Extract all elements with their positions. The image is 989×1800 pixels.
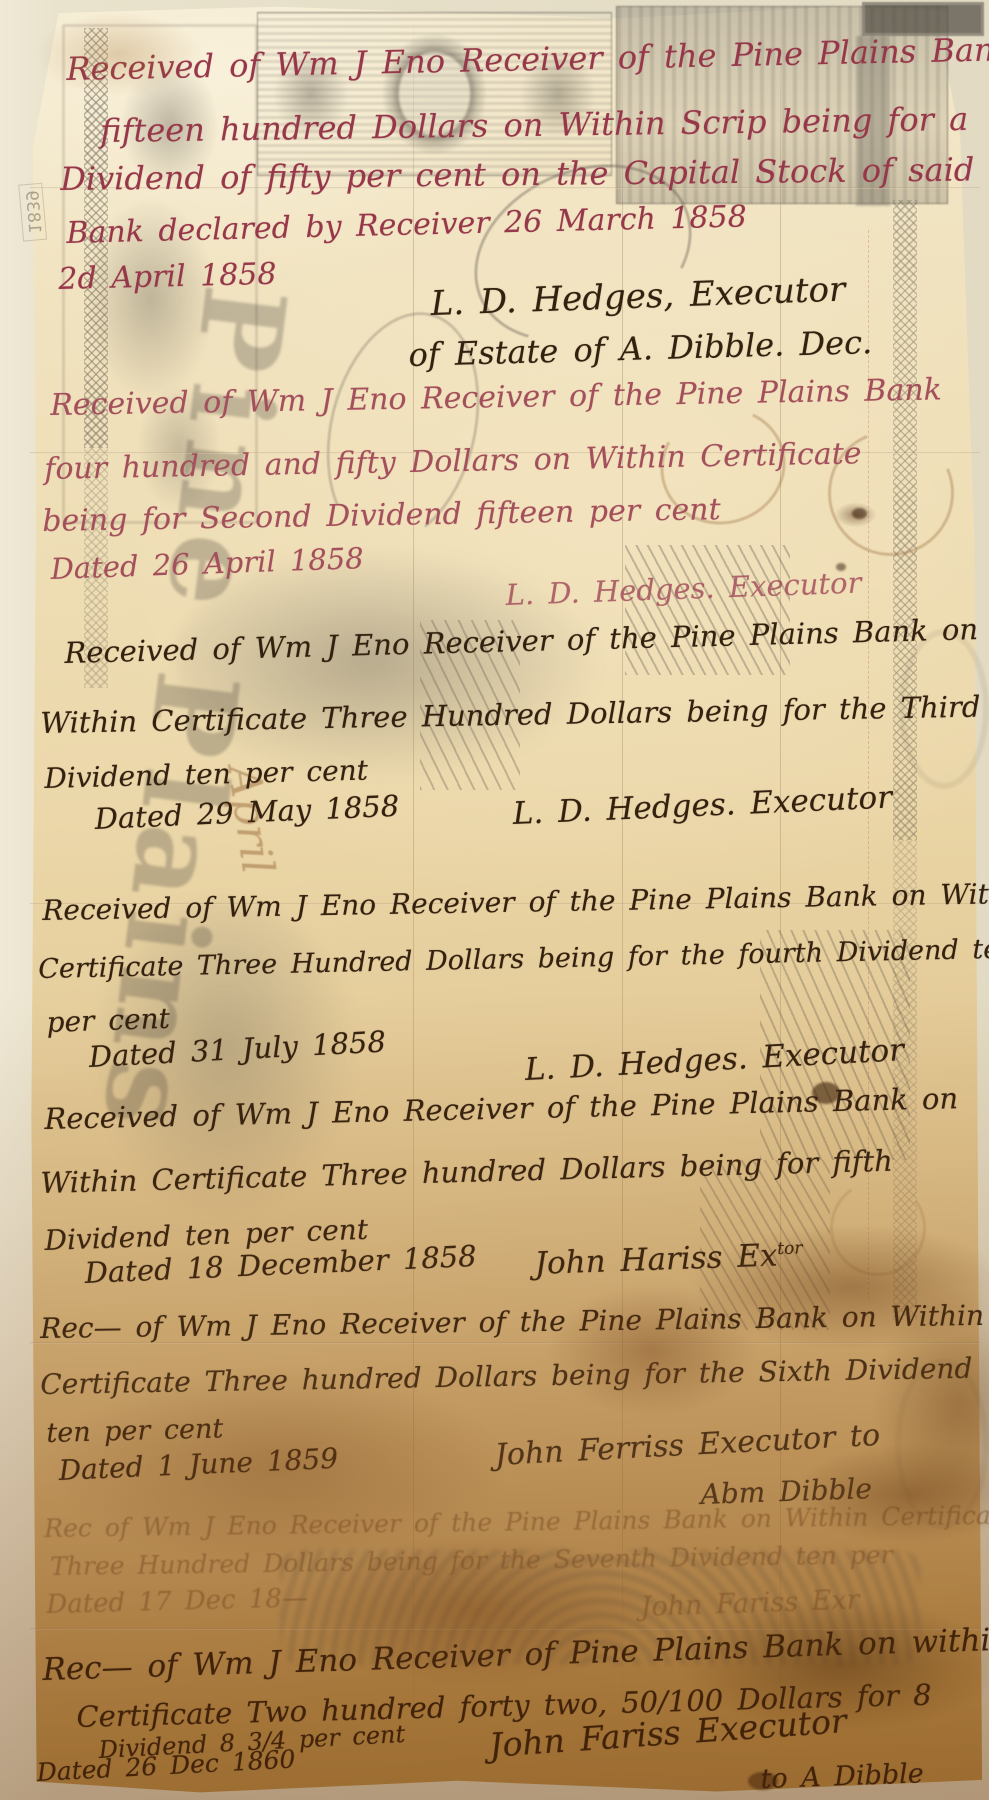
receipt-line: per cent <box>46 1002 170 1039</box>
signature-line-2: to A Dibble <box>760 1758 924 1795</box>
engraving-ornate-panel-top-center <box>257 12 612 176</box>
hatch-patch-1 <box>625 545 790 675</box>
receipt-line: ten per cent <box>46 1413 224 1449</box>
scanned-document: 1839 Pine Plains April <box>0 0 989 1800</box>
receipt-line: 2d April 1858 <box>58 257 277 297</box>
ink-blot-2 <box>852 508 867 519</box>
margin-pencil-note: 1839 <box>18 182 47 241</box>
signature-superscript: tor <box>777 1238 803 1259</box>
